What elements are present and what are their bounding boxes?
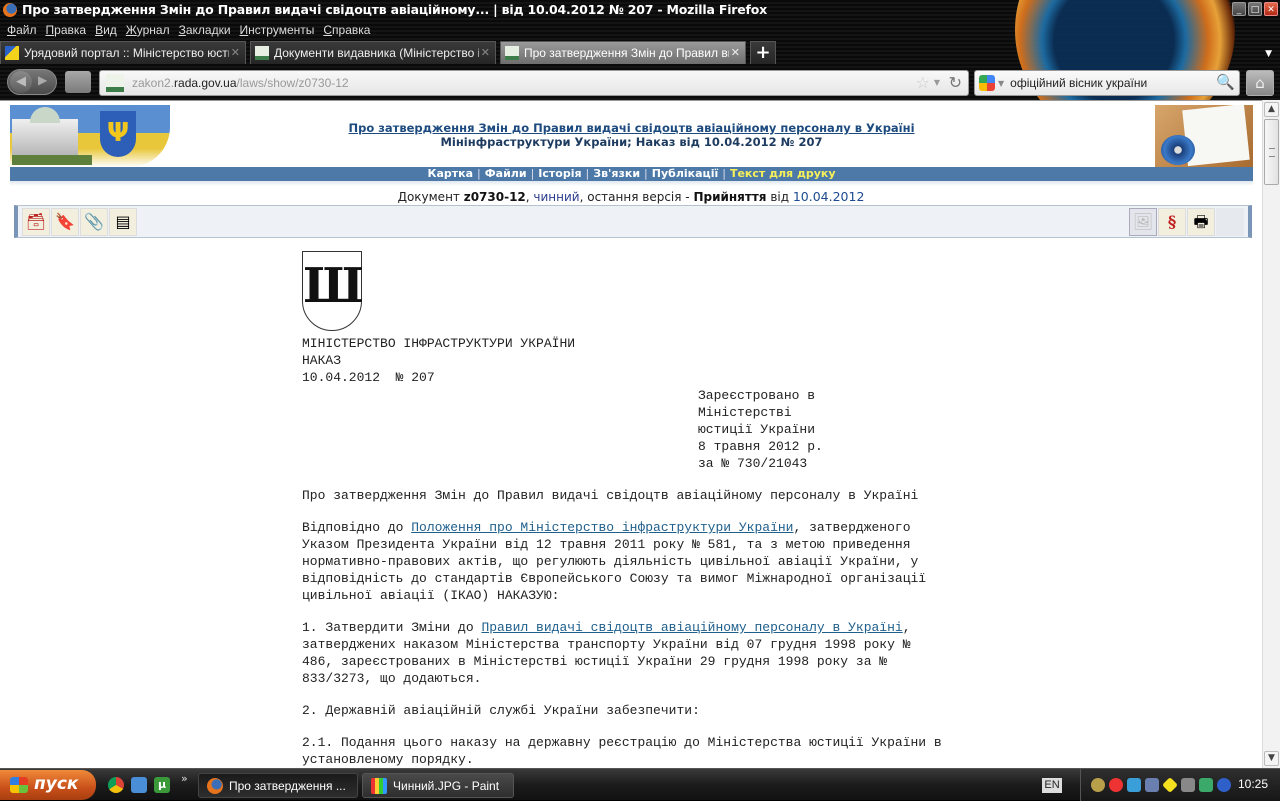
tab-government-portal[interactable]: Урядовий портал :: Міністерство юстиці..… [0,41,246,64]
window-title: Про затвердження Змін до Правил видачі с… [22,2,767,17]
tab-publisher-documents[interactable]: Документи видавника (Міністерство ін... … [250,41,496,64]
taskbar: пуск µ » Про затвердження ... Чинний.JPG… [0,768,1280,800]
menu-history[interactable]: Журнал [123,20,176,40]
firefox-icon [3,3,17,17]
history-button[interactable] [65,71,91,93]
site-identity-icon[interactable] [106,74,124,92]
tab-close-icon[interactable]: ✕ [731,46,740,59]
print-button[interactable]: 🖶 [1187,208,1215,236]
tray-wireless-icon[interactable] [1127,778,1141,792]
tab-close-icon[interactable]: ✕ [481,46,490,59]
menu-edit[interactable]: Правка [43,20,93,40]
image-view-button[interactable]: 🖼 [1129,208,1157,236]
nav-files[interactable]: Файли [485,167,527,180]
document-toolbar: 🗃 🔖 📎 ▤ 🖼 § 🖶 [14,205,1252,238]
menu-bookmarks[interactable]: Закладки [176,20,237,40]
search-bar[interactable]: ▼ офіційний вісник україни 🔍 [974,70,1240,96]
scroll-thumb[interactable] [1264,119,1279,185]
forward-arrow-icon[interactable]: ▶ [38,73,47,87]
vertical-scrollbar[interactable]: ▲ ▼ [1262,100,1280,768]
close-button[interactable]: ✕ [1264,2,1278,16]
menu-view[interactable]: Вид [92,20,123,40]
item-1: 1. Затвердити Зміни до Правил видачі сві… [302,619,942,687]
taskbar-item-firefox[interactable]: Про затвердження ... [198,773,358,798]
new-tab-button[interactable]: + [750,41,776,64]
tab-list-arrow-icon[interactable]: ▼ [1265,49,1272,59]
tray-yellow-icon[interactable] [1162,777,1178,793]
tab-label: Документи видавника (Міністерство ін... [274,46,479,60]
back-arrow-icon[interactable]: ◀ [10,71,32,93]
tab-close-icon[interactable]: ✕ [231,46,240,59]
attachment-doc-button[interactable]: 📎 [80,208,108,236]
compare-doc-button[interactable]: ▤ [109,208,137,236]
document-nav: Картка|Файли|Історія|Зв'язки|Публікації|… [10,167,1253,181]
tab-strip: Урядовий портал :: Міністерство юстиці..… [0,41,776,64]
preamble: Відповідно до Положення про Міністерство… [302,519,942,604]
tray-app-icon[interactable] [1091,778,1105,792]
ministry-name: МІНІСТЕРСТВО ІНФРАСТРУКТУРИ УКРАЇНИ [302,335,942,352]
document-date: 10.04.2012 [793,189,865,204]
title-bar: Про затвердження Змін до Правил видачі с… [0,0,1280,20]
tab-label: Про затвердження Змін до Правил вид... [524,46,729,60]
print-card-button[interactable]: 🗃 [22,208,50,236]
ministry-regulation-link[interactable]: Положення про Міністерство інфраструктур… [411,520,793,535]
nav-links[interactable]: Зв'язки [593,167,640,180]
item-2: 2. Державній авіаційній службі України з… [302,702,942,719]
page-viewport: Ψ Про затвердження Змін до Правил видачі… [0,100,1262,768]
search-magnifier-icon[interactable]: 🔍 [1216,73,1235,91]
tab-label: Урядовий портал :: Міністерство юстиці..… [24,46,229,60]
url-text[interactable]: zakon2.rada.gov.ua/laws/show/z0730-12 [132,76,349,90]
document-date-number: 10.04.2012 № 207 [302,369,942,386]
nav-print-text[interactable]: Текст для друку [730,167,836,180]
toolbar-spacer [1216,208,1244,236]
tray-network-disconnected-icon[interactable] [1145,778,1159,792]
nav-publications[interactable]: Публікації [652,167,718,180]
documents-cd-image [1155,105,1253,167]
home-icon: ⌂ [1255,74,1265,92]
utorrent-quicklaunch-icon[interactable]: µ [154,777,170,793]
printer-icon: 🖶 [1193,212,1208,231]
system-tray: 10:25 [1080,769,1280,800]
document-title-link[interactable]: Про затвердження Змін до Правил видачі с… [348,121,914,135]
attachment-doc-icon: 📎 [84,212,104,231]
search-input[interactable]: офіційний вісник україни [1010,76,1147,90]
compare-doc-icon: ▤ [115,212,130,231]
start-button[interactable]: пуск [0,770,96,800]
scroll-up-icon[interactable]: ▲ [1264,102,1279,117]
menu-bar: Файл Правка Вид Журнал Закладки Инструме… [0,20,376,40]
menu-help[interactable]: Справка [320,20,376,40]
navigation-bar: ◀ ▶ zakon2.rada.gov.ua/laws/show/z0730-1… [0,67,1280,99]
coat-of-arms-icon [302,251,362,331]
bookmark-star-icon[interactable]: ☆ [916,73,930,92]
nav-card[interactable]: Картка [427,167,473,180]
tray-wireless-signal-icon[interactable] [1217,778,1231,792]
paragraph-doc-button[interactable]: § [1158,208,1186,236]
paint-icon [371,778,387,794]
site-banner: Ψ Про затвердження Змін до Правил видачі… [10,105,1253,167]
minimize-button[interactable]: _ [1232,2,1246,16]
chrome-quicklaunch-icon[interactable] [108,777,124,793]
rada-favicon-icon [255,46,269,60]
google-engine-icon[interactable] [979,75,995,91]
image-view-icon: 🖼 [1133,212,1153,231]
registration-block: Зареєстровано в Міністерстві юстиції Укр… [698,387,942,472]
document-number: z0730-12 [464,190,526,204]
maximize-button[interactable]: □ [1248,2,1262,16]
item-2-1: 2.1. Подання цього наказу на державну ре… [302,734,942,768]
rules-link[interactable]: Правил видачі свідоцтв авіаційному персо… [481,620,902,635]
taskbar-item-paint[interactable]: Чинний.JPG - Paint [362,773,514,798]
print-card-icon: 🗃 [26,212,46,231]
paragraph-doc-icon: § [1168,212,1176,231]
language-indicator[interactable]: EN [1042,778,1062,793]
government-portal-favicon-icon [5,46,19,60]
menu-file[interactable]: Файл [4,20,43,40]
nav-history[interactable]: Історія [538,167,581,180]
address-bar[interactable]: zakon2.rada.gov.ua/laws/show/z0730-12 ☆ … [99,70,969,96]
document-type: НАКАЗ [302,352,942,369]
browser-chrome: Про затвердження Змін до Правил видачі с… [0,0,1280,100]
document-subtitle: Мінінфраструктури України; Наказ від 10.… [10,135,1253,149]
document-event: Прийняття [693,190,766,204]
rada-favicon-icon [505,46,519,60]
tray-display-icon[interactable] [1181,778,1195,792]
firefox-icon [207,778,223,794]
reload-icon[interactable]: ↻ [949,73,962,92]
clock: 10:25 [1238,777,1268,791]
bookmark-doc-icon: 🔖 [55,212,75,231]
document-status: чинний [533,190,579,204]
tab-current-document[interactable]: Про затвердження Змін до Правил вид... ✕ [500,41,746,64]
bookmark-doc-button[interactable]: 🔖 [51,208,79,236]
url-dropdown-icon[interactable]: ▼ [934,78,940,87]
home-button[interactable]: ⌂ [1246,70,1274,96]
order-title: Про затвердження Змін до Правил видачі с… [302,487,942,504]
engine-dropdown-icon[interactable]: ▼ [998,79,1004,88]
ie-quicklaunch-icon[interactable] [131,777,147,793]
document-info: Документ z0730-12, чинний, остання версі… [0,189,1262,204]
tray-antivirus-icon[interactable] [1109,778,1123,792]
document-body: МІНІСТЕРСТВО ІНФРАСТРУКТУРИ УКРАЇНИ НАКА… [302,251,942,768]
tray-wifi-manager-icon[interactable] [1199,778,1213,792]
windows-logo-icon [10,777,28,793]
scroll-down-icon[interactable]: ▼ [1264,751,1279,766]
quicklaunch-more-icon[interactable]: » [181,772,188,785]
menu-tools[interactable]: Инструменты [237,20,321,40]
back-forward-group: ◀ ▶ [7,69,57,95]
